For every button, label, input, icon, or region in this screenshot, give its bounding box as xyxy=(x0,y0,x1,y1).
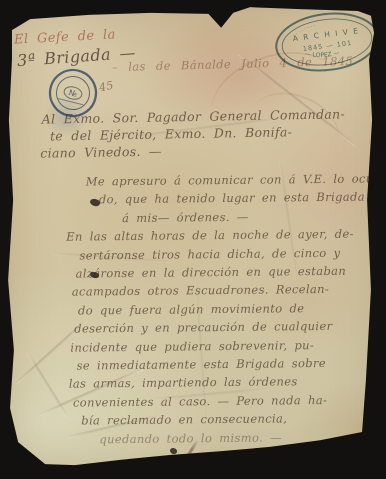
pen-flourish xyxy=(352,437,367,459)
pen-flourish xyxy=(279,443,296,464)
letter-body: Me apresuro á comunicar con á V.E. lo oc… xyxy=(57,169,386,449)
document-paper: El Gefe de la 3ª Brigada — – las de Bána… xyxy=(0,0,386,479)
body-line: quedando todo lo mismo. — xyxy=(99,427,386,449)
ink-blot xyxy=(169,446,178,455)
scanner-background: El Gefe de la 3ª Brigada — – las de Bána… xyxy=(0,0,386,479)
stamp-center-text: № xyxy=(68,88,79,99)
oval-archive-stamp: · · · · · · · · A R C H I V E 1845 — 101… xyxy=(264,0,386,85)
body-line: do, que ha tenido lugar en esta Brigada xyxy=(99,188,386,209)
salutation-block: Al Exmo. Sor. Pagador General Comandan- … xyxy=(42,105,346,161)
body-line: alzáronse en la dirección en que estaban xyxy=(76,261,386,283)
